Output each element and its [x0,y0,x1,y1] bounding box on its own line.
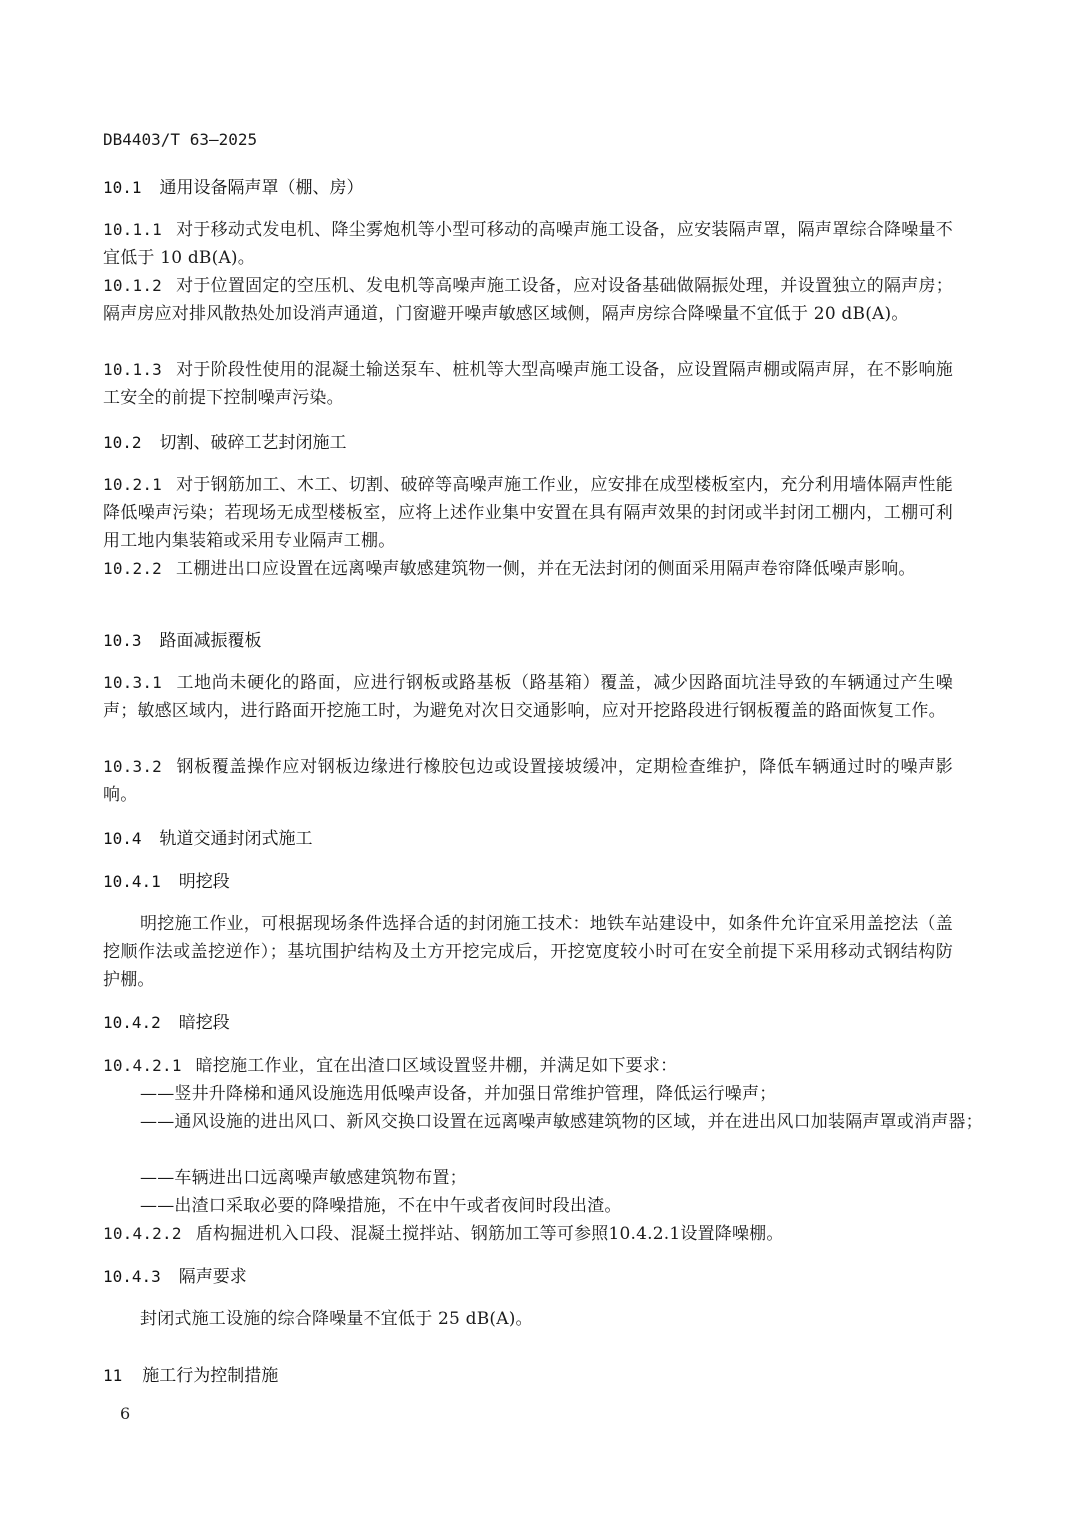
clause-number: 10.4.2.2 [103,1224,182,1243]
subsection-heading-10-4-2: 10.4.2暗挖段 [103,1010,230,1036]
section-title: 切割、破碎工艺封闭施工 [160,433,347,453]
clause-number: 10.2.1 [103,475,162,494]
clause-text: 工棚进出口应设置在远离噪声敏感建筑物一侧，并在无法封闭的侧面采用隔声卷帘降低噪声… [176,559,916,579]
clause-10-3-2: 10.3.2钢板覆盖操作应对钢板边缘进行橡胶包边或设置接坡缓冲，定期检查维护，降… [103,753,953,809]
clause-10-4-1-text: 明挖施工作业，可根据现场条件选择合适的封闭施工技术：地铁车站建设中，如条件允许宜… [103,910,953,994]
clause-10-3-1: 10.3.1工地尚未硬化的路面，应进行钢板或路基板（路基箱）覆盖，减少因路面坑洼… [103,669,953,725]
clause-text: 工地尚未硬化的路面，应进行钢板或路基板（路基箱）覆盖，减少因路面坑洼导致的车辆通… [103,673,953,721]
clause-number: 10.1.2 [103,276,162,295]
clause-number: 10.1.1 [103,220,162,239]
section-title: 明挖段 [179,872,230,892]
document-code: DB4403/T 63—2025 [103,128,257,152]
clause-number: 10.3.1 [103,673,162,692]
list-item: ——车辆进出口远离噪声敏感建筑物布置； [140,1164,992,1192]
clause-10-2-2: 10.2.2工棚进出口应设置在远离噪声敏感建筑物一侧，并在无法封闭的侧面采用隔声… [103,555,953,583]
section-number: 10.4.1 [103,869,161,895]
clause-number: 10.1.3 [103,360,162,379]
page-number: 6 [120,1404,130,1423]
clause-text: 对于位置固定的空压机、发电机等高噪声施工设备，应对设备基础做隔振处理，并设置独立… [103,276,953,324]
list-item: ——通风设施的进出风口、新风交换口设置在远离噪声敏感建筑物的区域，并在进出风口加… [140,1108,992,1136]
subsection-heading-10-4-3: 10.4.3隔声要求 [103,1264,247,1290]
clause-text: 钢板覆盖操作应对钢板边缘进行橡胶包边或设置接坡缓冲，定期检查维护，降低车辆通过时… [103,757,953,805]
section-title: 暗挖段 [179,1013,230,1033]
section-title: 路面减振覆板 [160,631,262,651]
clause-10-2-1: 10.2.1对于钢筋加工、木工、切割、破碎等高噪声施工作业，应安排在成型楼板室内… [103,471,953,555]
section-heading-10-1: 10.1通用设备隔声罩（棚、房） [103,175,364,201]
clause-10-4-2-2: 10.4.2.2盾构掘进机入口段、混凝土搅拌站、钢筋加工等可参照10.4.2.1… [103,1220,953,1248]
section-heading-10-2: 10.2切割、破碎工艺封闭施工 [103,430,347,456]
clause-text: 对于钢筋加工、木工、切割、破碎等高噪声施工作业，应安排在成型楼板室内，充分利用墙… [103,475,953,551]
section-number: 10.4 [103,826,142,852]
clause-number: 10.3.2 [103,757,162,776]
clause-text: 对于阶段性使用的混凝土输送泵车、桩机等大型高噪声施工设备，应设置隔声棚或隔声屏，… [103,360,953,408]
section-title: 施工行为控制措施 [142,1366,278,1386]
clause-text: 盾构掘进机入口段、混凝土搅拌站、钢筋加工等可参照10.4.2.1设置降噪棚。 [196,1224,784,1244]
section-number: 10.1 [103,175,142,201]
section-number: 11 [103,1363,122,1389]
clause-10-1-2: 10.1.2对于位置固定的空压机、发电机等高噪声施工设备，应对设备基础做隔振处理… [103,272,953,328]
clause-number: 10.4.2.1 [103,1056,182,1075]
section-title: 轨道交通封闭式施工 [160,829,313,849]
document-page: DB4403/T 63—2025 10.1通用设备隔声罩（棚、房） 10.1.1… [0,0,1080,1527]
clause-10-1-1: 10.1.1对于移动式发电机、降尘雾炮机等小型可移动的高噪声施工设备，应安装隔声… [103,216,953,272]
section-title: 隔声要求 [179,1267,247,1287]
section-title: 通用设备隔声罩（棚、房） [160,178,364,198]
clause-10-4-2-1: 10.4.2.1暗挖施工作业，宜在出渣口区域设置竖井棚，并满足如下要求： [103,1052,953,1080]
list-item: ——竖井升降梯和通风设施选用低噪声设备，并加强日常维护管理，降低运行噪声； [140,1080,992,1108]
section-heading-11: 11施工行为控制措施 [103,1363,278,1389]
section-number: 10.2 [103,430,142,456]
list-item: ——出渣口采取必要的降噪措施，不在中午或者夜间时段出渣。 [140,1192,992,1220]
clause-10-1-3: 10.1.3对于阶段性使用的混凝土输送泵车、桩机等大型高噪声施工设备，应设置隔声… [103,356,953,412]
section-heading-10-4: 10.4轨道交通封闭式施工 [103,826,313,852]
section-number: 10.3 [103,628,142,654]
clause-number: 10.2.2 [103,559,162,578]
section-number: 10.4.3 [103,1264,161,1290]
section-heading-10-3: 10.3路面减振覆板 [103,628,262,654]
subsection-heading-10-4-1: 10.4.1明挖段 [103,869,230,895]
section-number: 10.4.2 [103,1010,161,1036]
clause-text: 暗挖施工作业，宜在出渣口区域设置竖井棚，并满足如下要求： [196,1056,678,1076]
clause-10-4-3-text: 封闭式施工设施的综合降噪量不宜低于 25 dB(A)。 [103,1305,953,1333]
clause-text: 对于移动式发电机、降尘雾炮机等小型可移动的高噪声施工设备，应安装隔声罩，隔声罩综… [103,220,953,268]
